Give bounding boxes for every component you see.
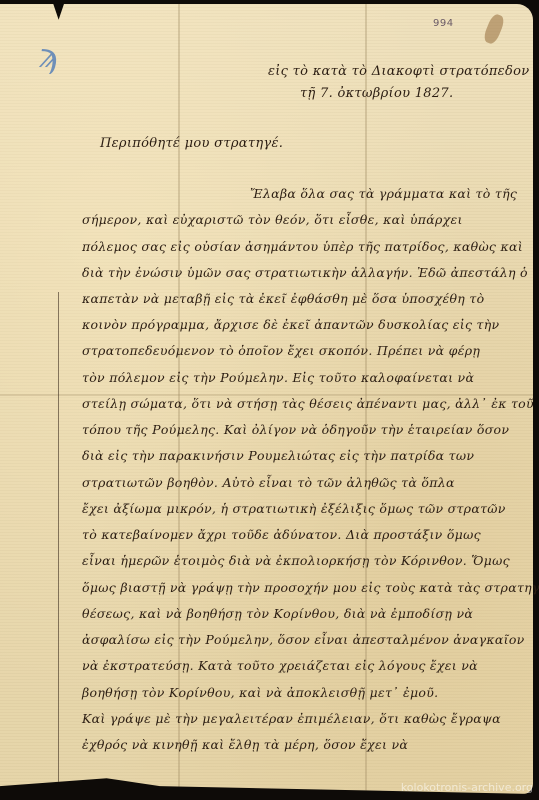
body-line: ἔχει ἀξίωμα μικρόν, ἡ στρατιωτικὴ ἐξέλιξ…: [82, 501, 506, 516]
body-line: ἐχθρός νὰ κινηθῇ καὶ ἔλθῃ τὰ μέρη, ὅσον …: [82, 737, 408, 752]
body-line: διὰ εἰς τὴν παρακινήσιν Ρουμελιώτας εἰς …: [82, 448, 474, 463]
body-line: κοινὸν πρόγραμμα, ἄρχισε δὲ ἐκεῖ ἀπαντῶν…: [82, 317, 499, 332]
body-line: σήμερον, καὶ εὐχαριστῶ τὸν θεόν, ὅτι εἶσ…: [82, 212, 463, 227]
body-line: ἀσφαλίσω εἰς τὴν Ρούμελην, ὅσον εἶναι ἀπ…: [82, 632, 525, 647]
body-line: Καὶ γράψε μὲ τὴν μεγαλειτέραν ἐπιμέλειαν…: [82, 711, 501, 726]
header-place-line: εἰς τὸ κατὰ τὸ Διακοφτὶ στρατόπεδον: [268, 64, 529, 79]
paper-stain: [482, 12, 506, 45]
body-line: καπετὰν νὰ μεταβῇ εἰς τὰ ἐκεῖ ἐφθάσθη μὲ…: [82, 291, 484, 306]
pencil-annotation: ϡ: [38, 36, 58, 76]
body-line: θέσεως, καὶ νὰ βοηθήσῃ τὸν Κορίνθου, διὰ…: [82, 606, 473, 621]
body-line: στρατιωτῶν βοηθὸν. Αὐτὸ εἶναι τὸ τῶν ἀλη…: [82, 475, 455, 490]
body-line: τὸν πόλεμον εἰς τὴν Ρούμελην. Εἰς τοῦτο …: [82, 370, 474, 385]
archive-number: 994: [433, 18, 454, 29]
header-date-line: τῇ 7. ὀκτωβρίου 1827.: [300, 86, 453, 101]
body-line: ὅμως βιαστῇ νὰ γράψῃ τὴν προσοχήν μου εἰ…: [82, 580, 539, 595]
body-line: εἶναι ἡμερῶν ἑτοιμὸς διὰ νὰ ἐκπολιορκήσῃ…: [82, 553, 510, 568]
archive-watermark: kolokotronis-archive.org: [401, 781, 533, 794]
body-line: διὰ τὴν ἐνώσιν ὑμῶν σας στρατιωτικὴν ἀλλ…: [82, 265, 528, 280]
body-line: στρατοπεδευόμενον τὸ ὁποῖον ἔχει σκοπόν.…: [82, 343, 480, 358]
body-line: βοηθήσῃ τὸν Κορίνθου, καὶ νὰ ἀποκλεισθῇ …: [82, 685, 438, 700]
body-line: Ἔλαβα ὅλα σας τὰ γράμματα καὶ τὸ τῆς: [250, 186, 517, 201]
body-line: τὸ κατεβαίνομεν ἄχρι τοῦδε ἀδύνατον. Διὰ…: [82, 527, 481, 542]
body-line: νὰ ἐκστρατεύσῃ. Κατὰ τοῦτο χρειάζεται εἰ…: [82, 658, 478, 673]
body-line: πόλεμος σας εἰς οὐσίαν ἀσημάντου ὑπὲρ τῆ…: [82, 239, 523, 254]
margin-line: [58, 292, 59, 792]
salutation: Περιπόθητέ μου στρατηγέ.: [100, 136, 283, 151]
body-line: στείλῃ σώματα, ὅτι νὰ στήσῃ τὰς θέσεις ἀ…: [82, 396, 534, 411]
body-line: τόπου τῆς Ρούμελης. Καὶ ὀλίγον νὰ ὁδηγοῦ…: [82, 422, 509, 437]
